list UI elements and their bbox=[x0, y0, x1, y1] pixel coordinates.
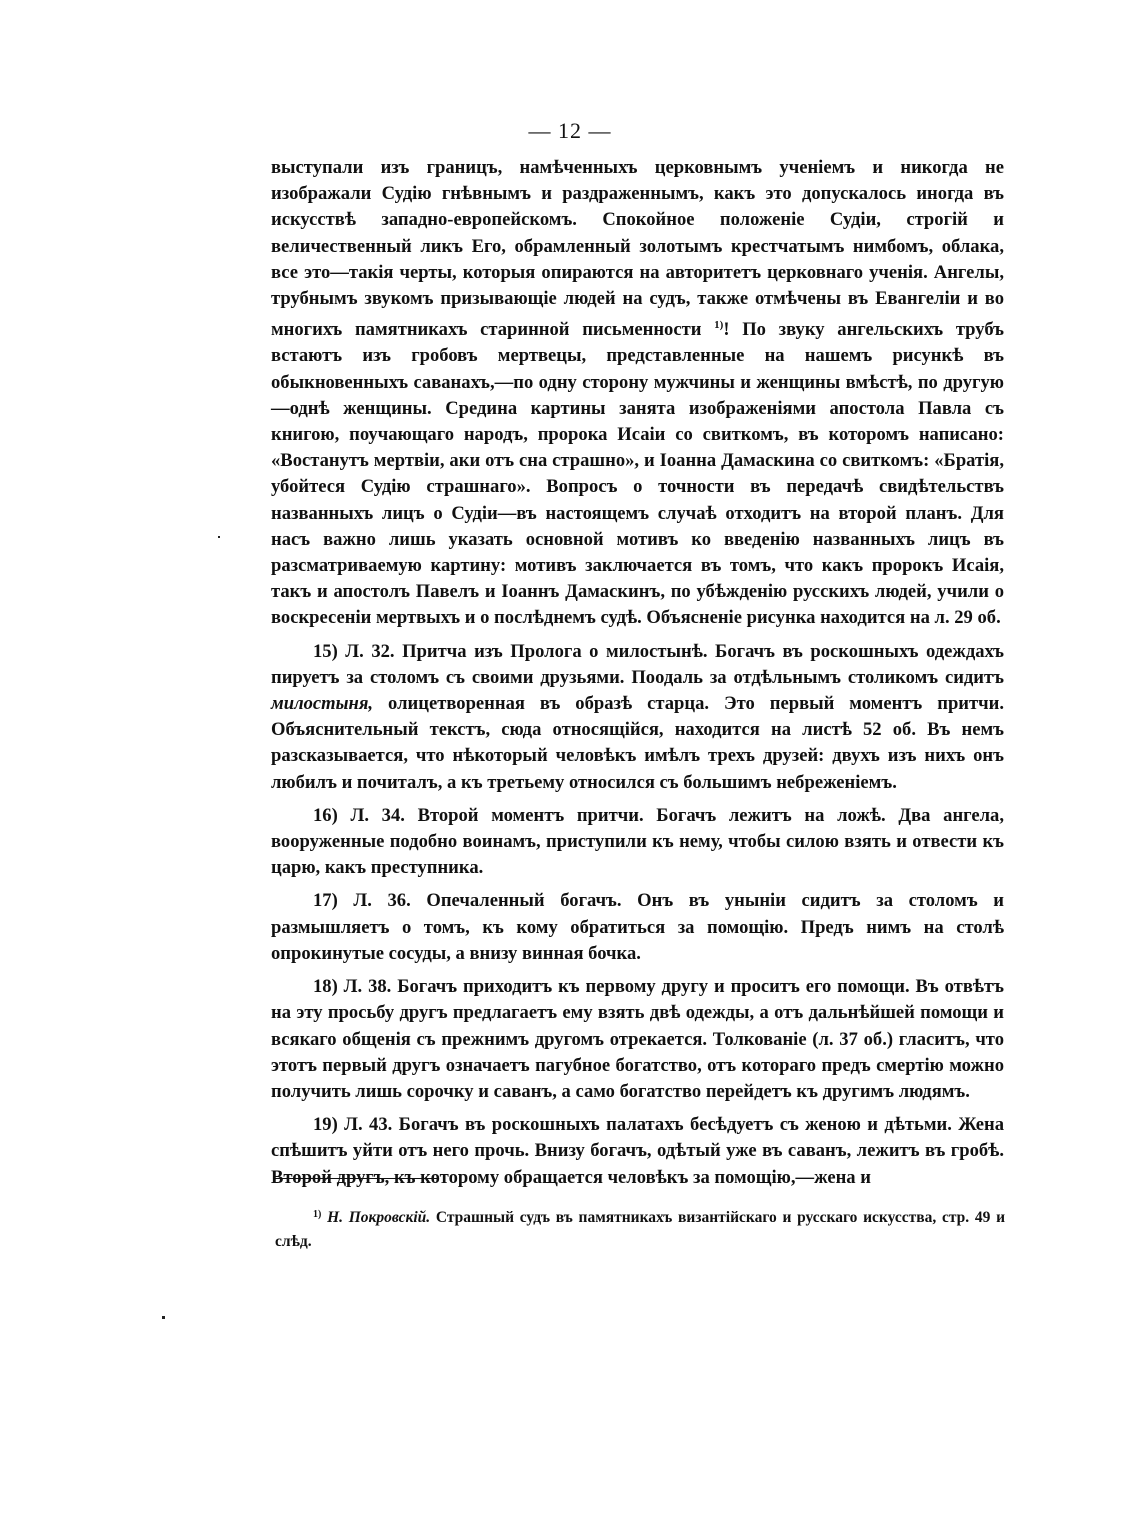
footnote-divider bbox=[275, 1178, 438, 1179]
paragraph-text: выступали изъ границъ, намѣченныхъ церко… bbox=[271, 157, 1004, 340]
paragraph-item-18: 18) Л. 38. Богачъ приходитъ къ первому д… bbox=[271, 974, 1004, 1105]
body-text: выступали изъ границъ, намѣченныхъ церко… bbox=[271, 155, 1004, 1191]
footnote-author: Н. Покровскій. bbox=[327, 1209, 430, 1226]
page-number: — 12 — bbox=[0, 118, 1140, 144]
footnote-reference[interactable]: 1) bbox=[714, 319, 723, 331]
paragraph-item-16: 16) Л. 34. Второй моментъ притчи. Богачъ… bbox=[271, 803, 1004, 882]
paragraph-text: 15) Л. 32. Притча изъ Пролога о милостын… bbox=[271, 641, 1004, 688]
paragraph-item-15: 15) Л. 32. Притча изъ Пролога о милостын… bbox=[271, 639, 1004, 796]
paragraph-text: ! По звуку ангельскихъ трубъ встаютъ изъ… bbox=[271, 319, 1004, 628]
footnote: 1) Н. Покровскій. Страшный судъ въ памят… bbox=[275, 1203, 1005, 1254]
paragraph-item-17: 17) Л. 36. Опечаленный богачъ. Онъ въ ун… bbox=[271, 888, 1004, 967]
scan-speck bbox=[218, 536, 220, 538]
italic-term: милостыня, bbox=[271, 693, 373, 714]
paragraph-continuation: выступали изъ границъ, намѣченныхъ церко… bbox=[271, 155, 1004, 632]
paragraph-text: олицетворенная въ образѣ старца. Это пер… bbox=[271, 693, 1004, 793]
footnote-marker: 1) bbox=[313, 1209, 321, 1220]
scan-speck bbox=[162, 1316, 165, 1319]
